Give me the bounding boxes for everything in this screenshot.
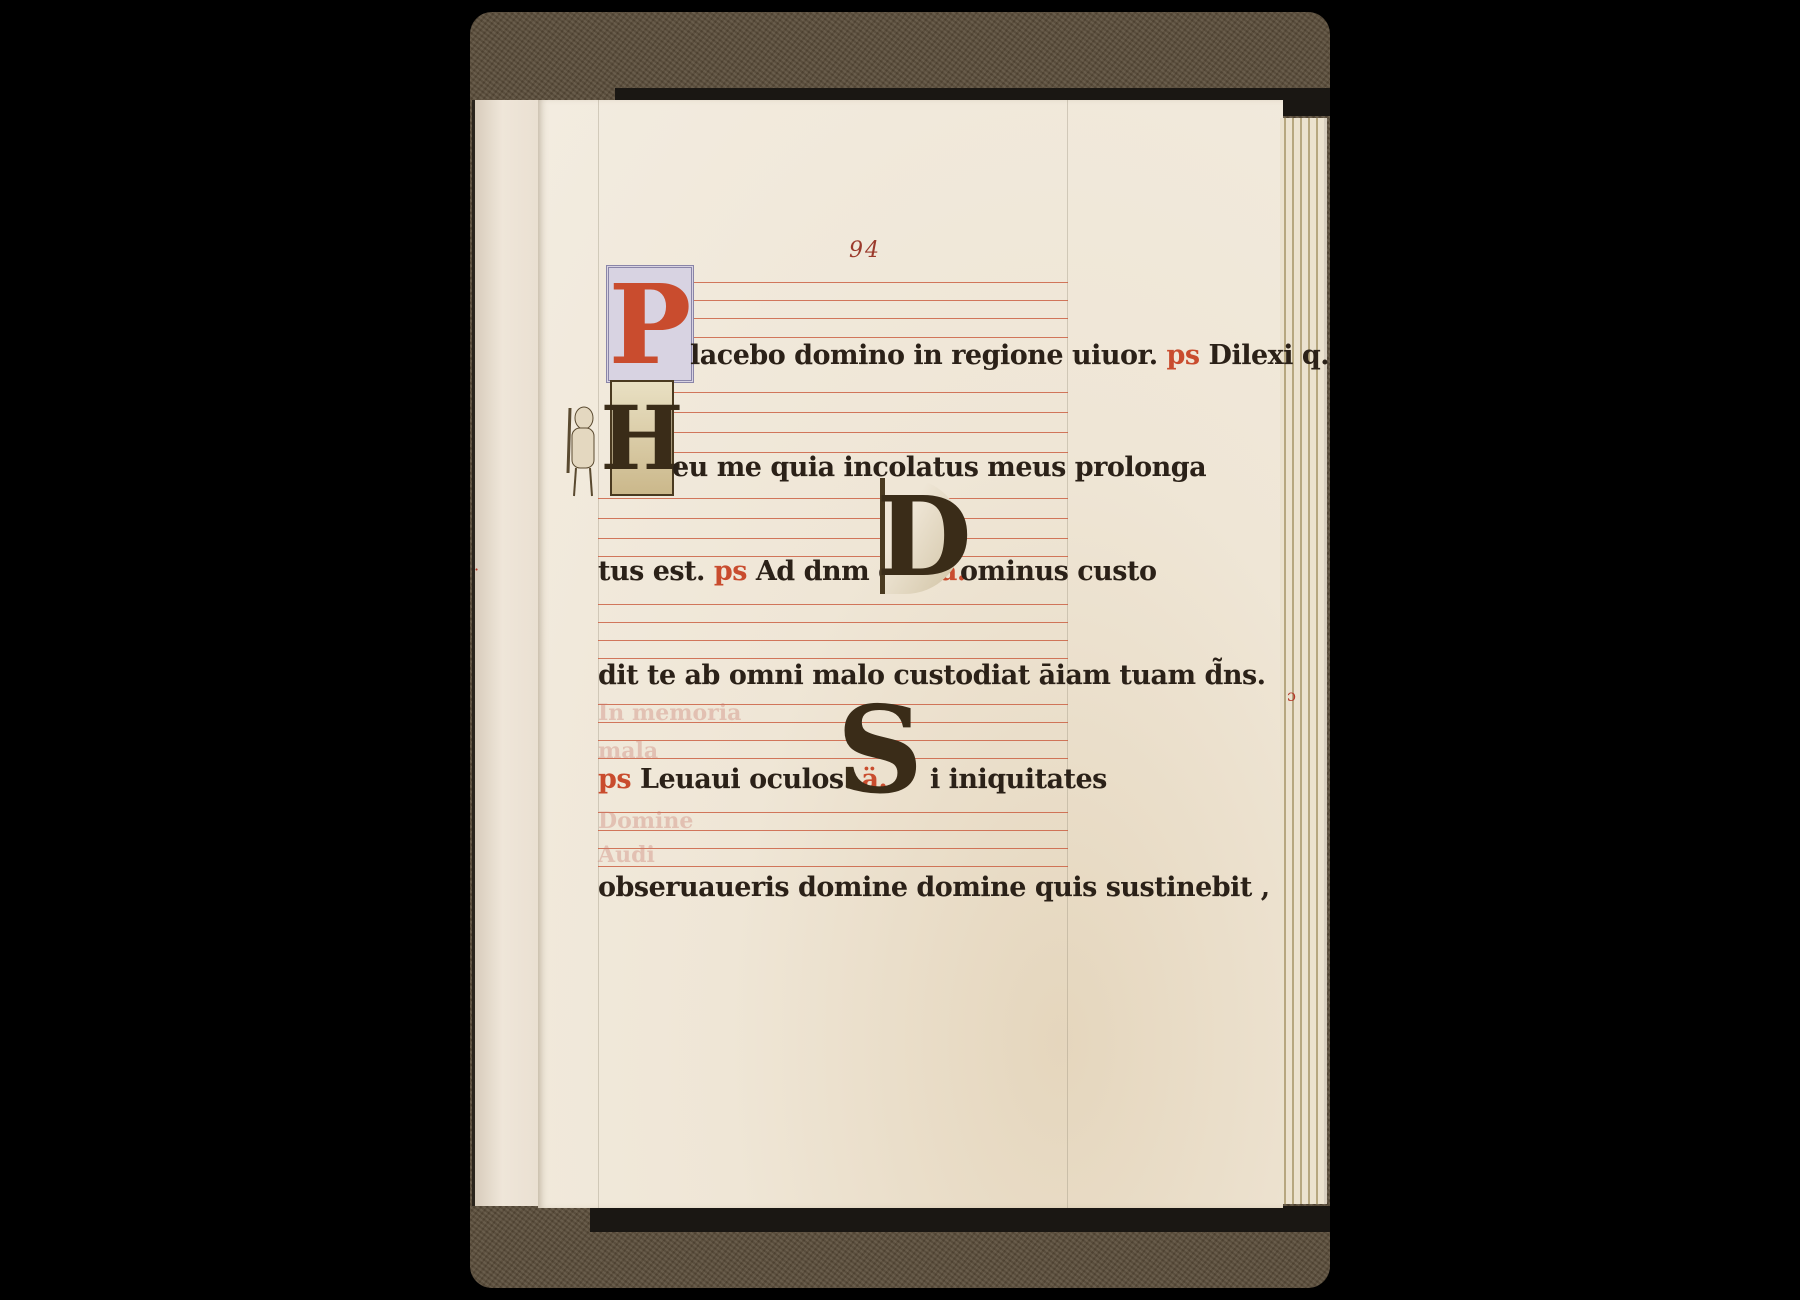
lyric-text: lacebo domino in regione uiuor. — [690, 340, 1158, 371]
historiated-initial-d: D — [880, 478, 963, 594]
historiated-initial-h: H — [610, 380, 674, 496]
incipit-text: Dilexi q. — [1209, 340, 1330, 371]
grotesque-initial-s: S — [830, 695, 930, 805]
show-through-text: Audi — [598, 842, 655, 868]
text-line-4: dit te ab omni malo custodiat āiam tuam… — [598, 660, 1266, 691]
illuminated-initial-p: P — [606, 265, 694, 383]
marginal-bagpiper-icon — [562, 388, 604, 498]
folio-number: 94 — [849, 238, 881, 263]
rubric-psalm: ps — [1167, 340, 1200, 371]
show-through-text: Domine — [598, 808, 693, 834]
text-line-5-continuation: i iniquitates — [930, 764, 1107, 795]
show-through-text: mala — [598, 738, 658, 764]
text-line-1: lacebo domino in regione uiuor. ps Dilex… — [690, 340, 1329, 371]
incipit-text: Leuaui oculos. — [640, 764, 853, 795]
margin-mark-verso: · — [474, 560, 479, 579]
page-stack — [1280, 118, 1327, 1204]
margin-mark-red: ɔ — [1287, 686, 1296, 705]
lyric-text: tus est. — [598, 556, 705, 587]
ruling-right — [1067, 100, 1068, 1208]
rubric-psalm: ps — [598, 764, 631, 795]
text-line-6: obseruaueris domine domine quis sustineb… — [598, 872, 1270, 903]
rubric-psalm: ps — [714, 556, 747, 587]
show-through-text: In memoria — [598, 700, 741, 726]
verso-leaf — [472, 100, 543, 1206]
ruling-left — [598, 100, 599, 1208]
cover-edge-bottom — [590, 1206, 1330, 1232]
text-line-3-continuation: ominus custo — [960, 556, 1156, 587]
